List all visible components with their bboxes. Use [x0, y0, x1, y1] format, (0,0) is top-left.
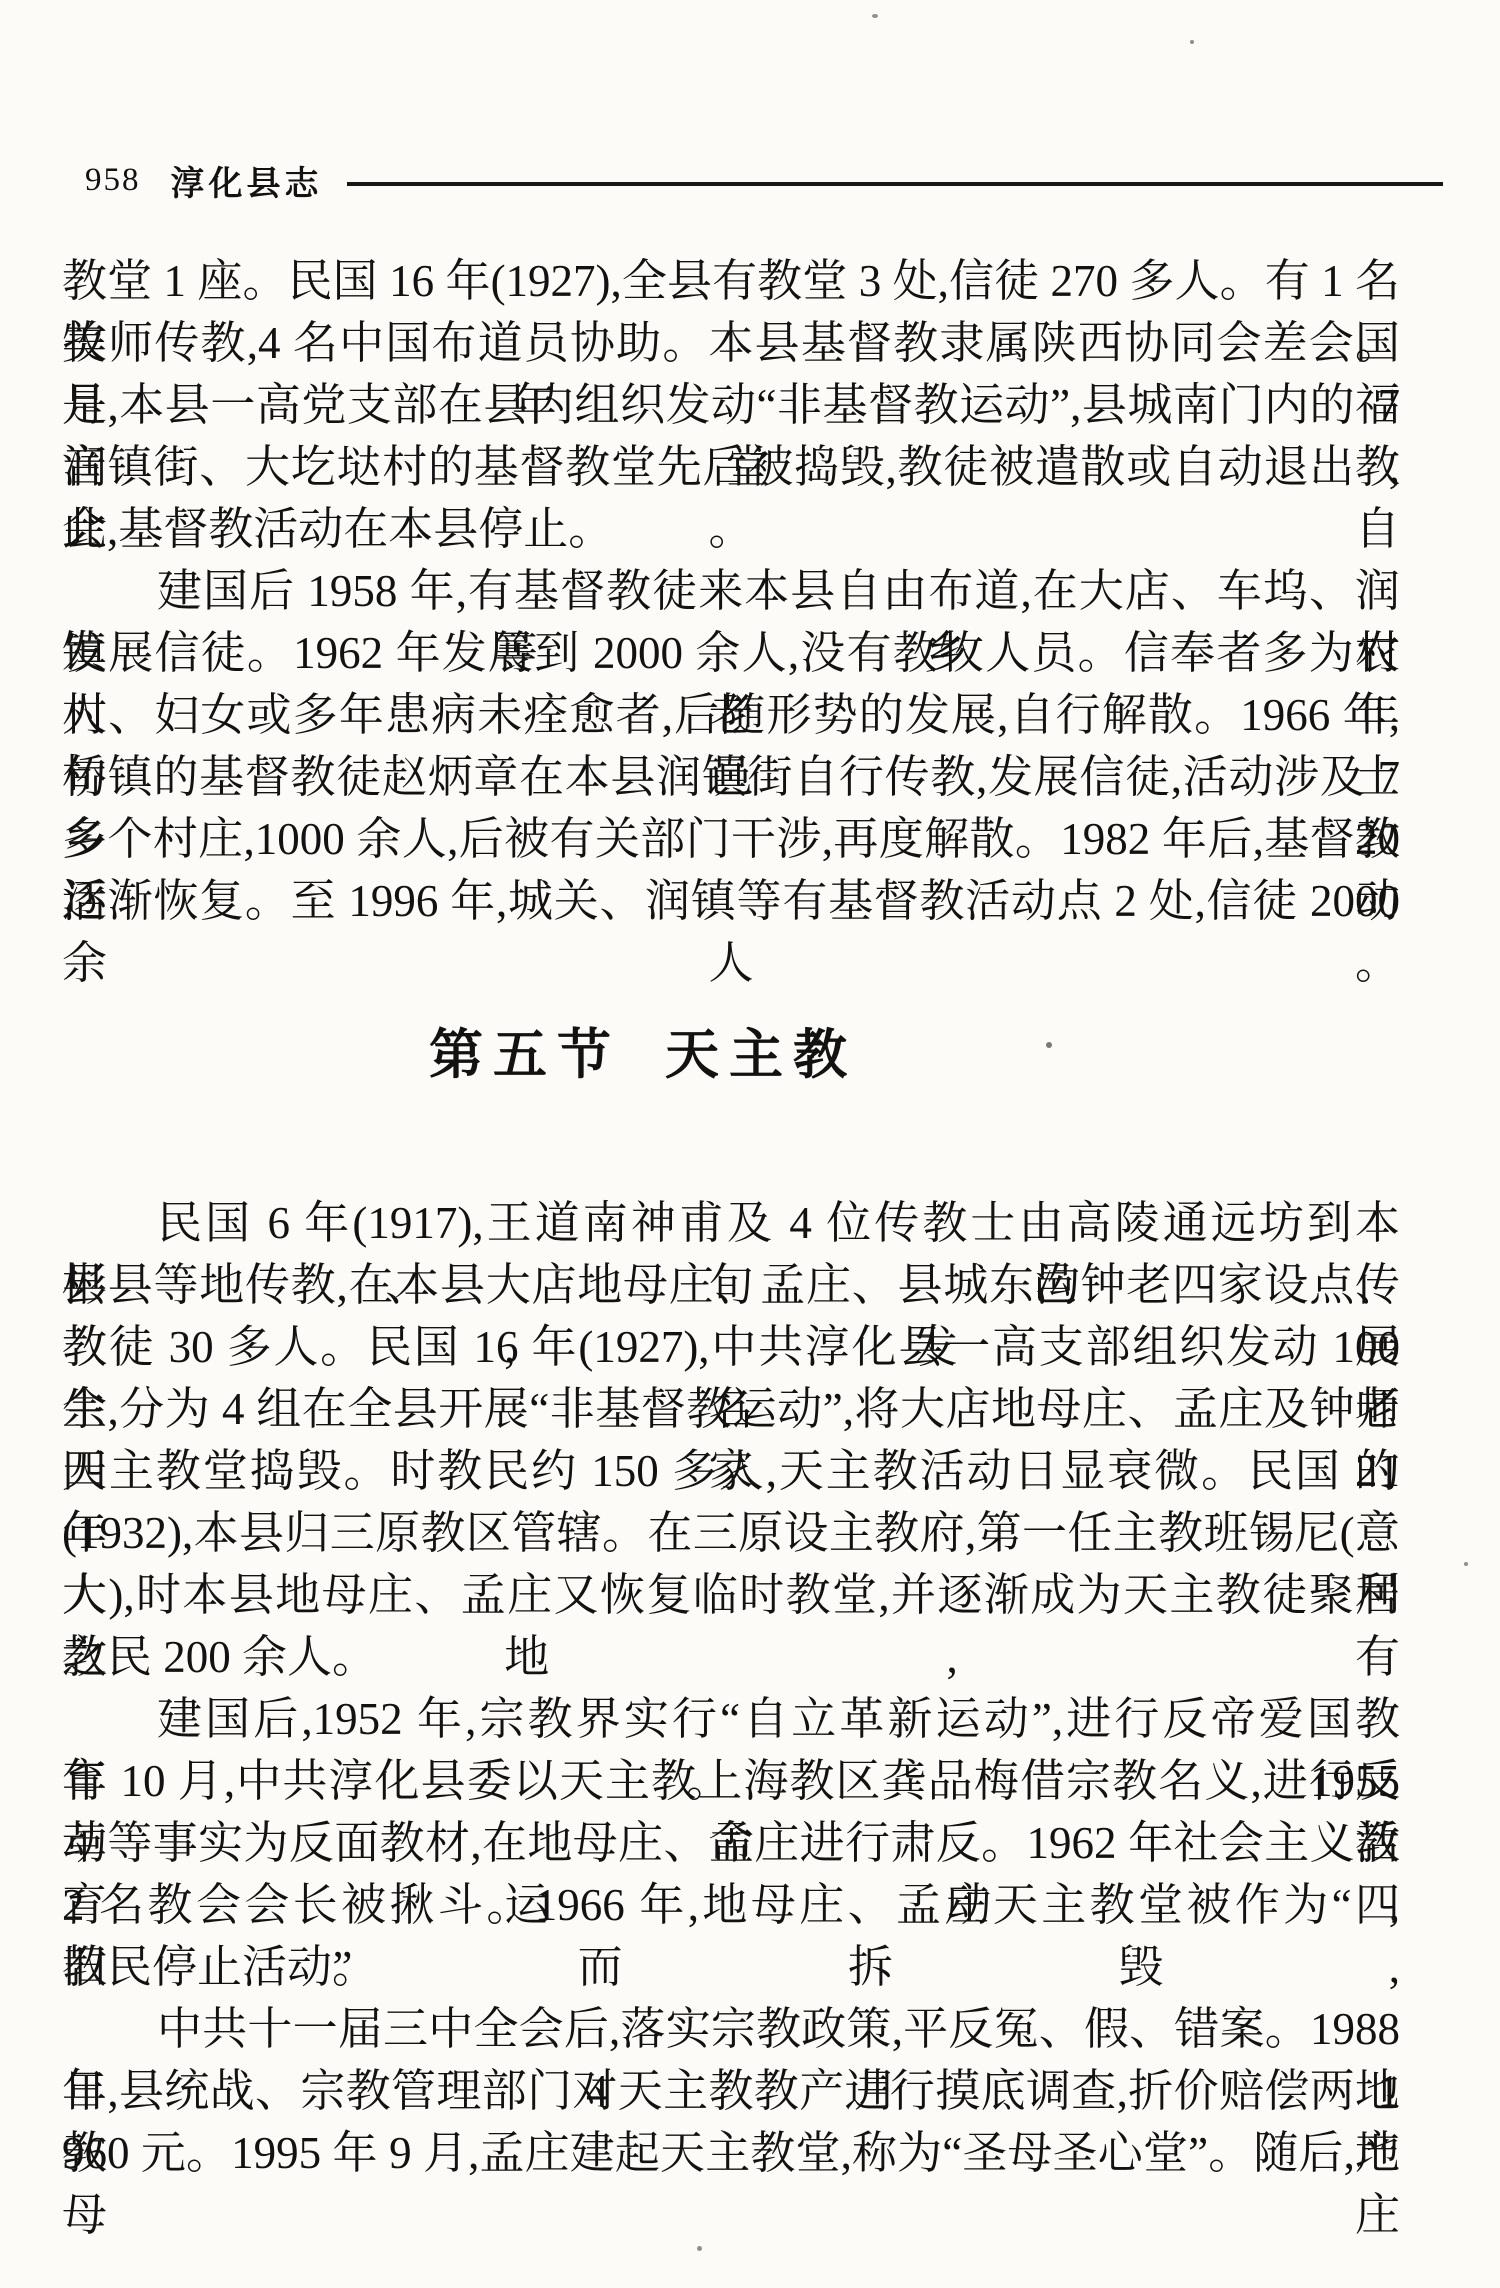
text-line: 动等事实为反面教材,在地母庄、孟庄进行肃反。1962 年社会主义教育运动,: [62, 1812, 1400, 1874]
scan-speck: [1046, 1042, 1052, 1048]
text-line: 人),时本县地母庄、孟庄又恢复临时教堂,并逐渐成为天主教徒聚居之地,有: [62, 1564, 1400, 1626]
section-heading-label: 第五节: [429, 1025, 621, 1085]
text-line: (1932),本县归三原教区管辖。在三原设主教府,第一任主教班锡尼(意大利: [62, 1502, 1400, 1564]
text-line: 桥镇的基督教徒赵炳章在本县润镇街自行传教,发展信徒,活动涉及 7 乡 20: [62, 746, 1400, 808]
text-line: 960 元。1995 年 9 月,孟庄建起天主教堂,称为“圣母圣心堂”。随后,地…: [62, 2122, 1400, 2184]
text-line: 建国后,1952 年,宗教界实行“自立革新运动”,进行反帝爱国教育。1955: [62, 1688, 1400, 1750]
book-title: 淳化县志: [171, 156, 323, 205]
text-line: 2 名教会会长被揪斗。1966 年,地母庄、孟庄天主教堂被作为“四旧”而拆毁,: [62, 1874, 1400, 1936]
text-line: 润镇街、大圪垯村的基督教堂先后被捣毁,教徒被遣散或自动退出教会。自: [62, 436, 1400, 498]
scan-speck: [1190, 40, 1194, 44]
scan-speck: [1464, 1562, 1468, 1566]
text-line: 生,分为 4 组在全县开展“非基督教运动”,将大店地母庄、孟庄及钟老四家的: [62, 1378, 1400, 1440]
paragraph: 中共十一届三中全会后,落实宗教政策,平反冤、假、错案。1988 年 4 月 1日…: [62, 1998, 1400, 2184]
body-text: 教堂 1 座。民国 16 年(1927),全县有教堂 3 处,信徒 270 多人…: [62, 250, 1400, 2184]
scanned-page: 958 淳化县志 教堂 1 座。民国 16 年(1927),全县有教堂 3 处,…: [0, 0, 1500, 2288]
text-line: 彬县等地传教,在本县大店地母庄、孟庄、县城东沟钟老四家设点传教,发展: [62, 1254, 1400, 1316]
scan-speck: [697, 2246, 702, 2251]
section-heading: 第五节天主教: [0, 1022, 1312, 1088]
text-line: 牧师传教,4 名中国布道员协助。本县基督教隶属陕西协同会差会。是年 7: [62, 312, 1400, 374]
text-line: 教堂 1 座。民国 16 年(1927),全县有教堂 3 处,信徒 270 多人…: [62, 250, 1400, 312]
page-number: 958: [85, 162, 141, 199]
text-line: 天主教堂捣毁。时教民约 150 多人,天主教活动日显衰微。民国 21 年: [62, 1440, 1400, 1502]
text-line: 教徒 30 多人。民国 16 年(1927),中共淳化县一高支部组织发动 100…: [62, 1316, 1400, 1378]
paragraph: 建国后,1952 年,宗教界实行“自立革新运动”,进行反帝爱国教育。1955年 …: [62, 1688, 1400, 1998]
text-line: 建国后 1958 年,有基督教徒来本县自由布道,在大店、车坞、润镇等乡村: [62, 560, 1400, 622]
text-line: 多个村庄,1000 余人,后被有关部门干涉,再度解散。1982 年后,基督教活动: [62, 808, 1400, 870]
paragraph: 建国后 1958 年,有基督教徒来本县自由布道,在大店、车坞、润镇等乡村发展信徒…: [62, 560, 1400, 932]
paragraph: 教堂 1 座。民国 16 年(1927),全县有教堂 3 处,信徒 270 多人…: [62, 250, 1400, 560]
text-line: 年 10 月,中共淳化县委以天主教上海教区龚品梅借宗教名义,进行反革命活: [62, 1750, 1400, 1812]
text-line: 月,本县一高党支部在县内组织发动“非基督教运动”,县城南门内的福音堂,: [62, 374, 1400, 436]
page-header: 958 淳化县志: [85, 158, 1443, 202]
text-line: 中共十一届三中全会后,落实宗教政策,平反冤、假、错案。1988 年 4 月 1: [62, 1998, 1400, 2060]
header-rule: [347, 182, 1444, 186]
text-line: 日,县统战、宗教管理部门对天主教教产进行摸底调查,折价赔偿两地教产: [62, 2060, 1400, 2122]
text-line: 人、妇女或多年患病未痊愈者,后随形势的发展,自行解散。1966 年,旬邑土: [62, 684, 1400, 746]
paragraph: 民国 6 年(1917),王道南神甫及 4 位传教士由高陵通远坊到本县、旬邑、彬…: [62, 1192, 1400, 1688]
text-line: 民国 6 年(1917),王道南神甫及 4 位传教士由高陵通远坊到本县、旬邑、: [62, 1192, 1400, 1254]
text-line: 逐渐恢复。至 1996 年,城关、润镇等有基督教活动点 2 处,信徒 2000 …: [62, 870, 1400, 932]
scan-speck: [872, 14, 878, 18]
text-line: 发展信徒。1962 年发展到 2000 余人,没有教牧人员。信奉者多为农村老年: [62, 622, 1400, 684]
section-heading-title: 天主教: [665, 1025, 857, 1085]
